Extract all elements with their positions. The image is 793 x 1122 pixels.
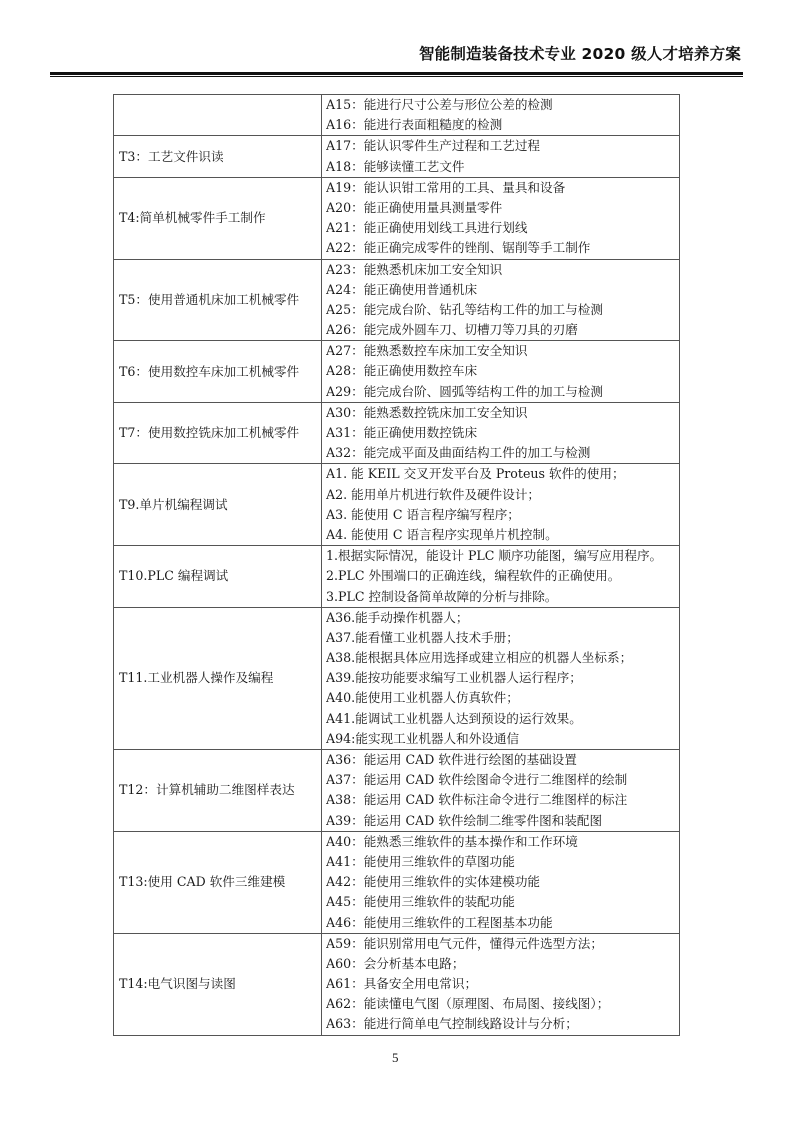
ability-item: A20：能正确使用量具测量零件	[326, 198, 679, 218]
ability-item: A41：能使用三维软件的草图功能	[326, 852, 679, 872]
table-row: T5：使用普通机床加工机械零件A23：能熟悉机床加工安全知识A24：能正确使用普…	[114, 259, 680, 341]
header-rule-thin	[50, 76, 743, 77]
ability-item: A36.能手动操作机器人；	[326, 608, 679, 628]
task-ability-table: A15：能进行尺寸公差与形位公差的检测A16：能进行表面粗糙度的检测T3：工艺文…	[113, 94, 680, 1036]
ability-item: A23：能熟悉机床加工安全知识	[326, 260, 679, 280]
abilities-cell: A19：能认识钳工常用的工具、量具和设备A20：能正确使用量具测量零件A21：能…	[322, 177, 680, 259]
ability-item: A3. 能使用 C 语言程序编写程序；	[326, 505, 679, 525]
table-row: T7：使用数控铣床加工机械零件A30：能熟悉数控铣床加工安全知识A31：能正确使…	[114, 402, 680, 464]
ability-item: A45：能使用三维软件的装配功能	[326, 892, 679, 912]
ability-item: A25：能完成台阶、钻孔等结构工件的加工与检测	[326, 300, 679, 320]
ability-item: A30：能熟悉数控铣床加工安全知识	[326, 403, 679, 423]
header-double-rule	[50, 72, 743, 78]
ability-item: A1. 能 KEIL 交叉开发平台及 Proteus 软件的使用；	[326, 464, 679, 484]
ability-item: A26：能完成外圆车刀、切槽刀等刀具的刃磨	[326, 320, 679, 340]
task-cell: T10.PLC 编程调试	[114, 546, 322, 608]
ability-item: A28：能正确使用数控车床	[326, 361, 679, 381]
abilities-cell: A40：能熟悉三维软件的基本操作和工作环境A41：能使用三维软件的草图功能A42…	[322, 831, 680, 933]
ability-item: A39.能按功能要求编写工业机器人运行程序；	[326, 668, 679, 688]
ability-item: A60：会分析基本电路；	[326, 954, 679, 974]
ability-item: A15：能进行尺寸公差与形位公差的检测	[326, 95, 679, 115]
ability-item: A2. 能用单片机进行软件及硬件设计；	[326, 485, 679, 505]
ability-item: A40：能熟悉三维软件的基本操作和工作环境	[326, 832, 679, 852]
ability-item: A61：具备安全用电常识；	[326, 974, 679, 994]
ability-item: 3.PLC 控制设备简单故障的分析与排除。	[326, 587, 679, 607]
header-rule-thick	[50, 72, 743, 75]
abilities-cell: A23：能熟悉机床加工安全知识A24：能正确使用普通机床A25：能完成台阶、钻孔…	[322, 259, 680, 341]
page-number: 5	[392, 1050, 399, 1066]
ability-item: A42：能使用三维软件的实体建模功能	[326, 872, 679, 892]
task-cell: T9.单片机编程调试	[114, 464, 322, 546]
task-cell	[114, 95, 322, 136]
abilities-cell: A27：能熟悉数控车床加工安全知识A28：能正确使用数控车床A29：能完成台阶、…	[322, 341, 680, 403]
task-cell: T14:电气识图与读图	[114, 933, 322, 1035]
ability-item: 1.根据实际情况，能设计 PLC 顺序功能图，编写应用程序。	[326, 546, 679, 566]
ability-item: A22：能正确完成零件的锉削、锯削等手工制作	[326, 238, 679, 258]
ability-item: A63：能进行简单电气控制线路设计与分析；	[326, 1014, 679, 1034]
table-row: T12：计算机辅助二维图样表达A36：能运用 CAD 软件进行绘图的基础设置A3…	[114, 750, 680, 832]
ability-item: A59：能识别常用电气元件，懂得元件选型方法；	[326, 934, 679, 954]
table-row: T11.工业机器人操作及编程A36.能手动操作机器人；A37.能看懂工业机器人技…	[114, 607, 680, 749]
ability-item: A29：能完成台阶、圆弧等结构工件的加工与检测	[326, 382, 679, 402]
task-cell: T3：工艺文件识读	[114, 136, 322, 177]
ability-item: A41.能调试工业机器人达到预设的运行效果。	[326, 709, 679, 729]
ability-item: A62：能读懂电气图（原理图、布局图、接线图）；	[326, 994, 679, 1014]
table-row: T4:简单机械零件手工制作A19：能认识钳工常用的工具、量具和设备A20：能正确…	[114, 177, 680, 259]
task-cell: T11.工业机器人操作及编程	[114, 607, 322, 749]
ability-item: A24：能正确使用普通机床	[326, 280, 679, 300]
ability-item: A17：能认识零件生产过程和工艺过程	[326, 136, 679, 156]
task-cell: T6：使用数控车床加工机械零件	[114, 341, 322, 403]
task-cell: T13:使用 CAD 软件三维建模	[114, 831, 322, 933]
table-row: T10.PLC 编程调试1.根据实际情况，能设计 PLC 顺序功能图，编写应用程…	[114, 546, 680, 608]
ability-item: A40.能使用工业机器人仿真软件；	[326, 688, 679, 708]
table-row: T13:使用 CAD 软件三维建模A40：能熟悉三维软件的基本操作和工作环境A4…	[114, 831, 680, 933]
ability-item: A39：能运用 CAD 软件绘制二维零件图和装配图	[326, 811, 679, 831]
ability-item: A27：能熟悉数控车床加工安全知识	[326, 341, 679, 361]
ability-item: 2.PLC 外围端口的正确连线，编程软件的正确使用。	[326, 566, 679, 586]
abilities-cell: 1.根据实际情况，能设计 PLC 顺序功能图，编写应用程序。2.PLC 外围端口…	[322, 546, 680, 608]
task-ability-table-body: A15：能进行尺寸公差与形位公差的检测A16：能进行表面粗糙度的检测T3：工艺文…	[114, 95, 680, 1036]
abilities-cell: A36：能运用 CAD 软件进行绘图的基础设置A37：能运用 CAD 软件绘图命…	[322, 750, 680, 832]
ability-item: A38.能根据具体应用选择或建立相应的机器人坐标系；	[326, 648, 679, 668]
ability-item: A37：能运用 CAD 软件绘图命令进行二维图样的绘制	[326, 770, 679, 790]
abilities-cell: A17：能认识零件生产过程和工艺过程A18：能够读懂工艺文件	[322, 136, 680, 177]
ability-item: A16：能进行表面粗糙度的检测	[326, 115, 679, 135]
ability-item: A94:能实现工业机器人和外设通信	[326, 729, 679, 749]
ability-item: A19：能认识钳工常用的工具、量具和设备	[326, 178, 679, 198]
table-row: A15：能进行尺寸公差与形位公差的检测A16：能进行表面粗糙度的检测	[114, 95, 680, 136]
ability-item: A4. 能使用 C 语言程序实现单片机控制。	[326, 525, 679, 545]
abilities-cell: A1. 能 KEIL 交叉开发平台及 Proteus 软件的使用；A2. 能用单…	[322, 464, 680, 546]
abilities-cell: A59：能识别常用电气元件，懂得元件选型方法；A60：会分析基本电路；A61：具…	[322, 933, 680, 1035]
document-header-title: 智能制造装备技术专业 2020 级人才培养方案	[419, 42, 741, 64]
ability-item: A31：能正确使用数控铣床	[326, 423, 679, 443]
ability-item: A37.能看懂工业机器人技术手册；	[326, 628, 679, 648]
table-row: T14:电气识图与读图A59：能识别常用电气元件，懂得元件选型方法；A60：会分…	[114, 933, 680, 1035]
ability-item: A36：能运用 CAD 软件进行绘图的基础设置	[326, 750, 679, 770]
ability-item: A32：能完成平面及曲面结构工件的加工与检测	[326, 443, 679, 463]
abilities-cell: A36.能手动操作机器人；A37.能看懂工业机器人技术手册；A38.能根据具体应…	[322, 607, 680, 749]
abilities-cell: A15：能进行尺寸公差与形位公差的检测A16：能进行表面粗糙度的检测	[322, 95, 680, 136]
table-row: T6：使用数控车床加工机械零件A27：能熟悉数控车床加工安全知识A28：能正确使…	[114, 341, 680, 403]
abilities-cell: A30：能熟悉数控铣床加工安全知识A31：能正确使用数控铣床A32：能完成平面及…	[322, 402, 680, 464]
ability-item: A21：能正确使用划线工具进行划线	[326, 218, 679, 238]
table-row: T9.单片机编程调试A1. 能 KEIL 交叉开发平台及 Proteus 软件的…	[114, 464, 680, 546]
table-row: T3：工艺文件识读A17：能认识零件生产过程和工艺过程A18：能够读懂工艺文件	[114, 136, 680, 177]
task-cell: T12：计算机辅助二维图样表达	[114, 750, 322, 832]
task-cell: T7：使用数控铣床加工机械零件	[114, 402, 322, 464]
task-cell: T5：使用普通机床加工机械零件	[114, 259, 322, 341]
ability-item: A46：能使用三维软件的工程图基本功能	[326, 913, 679, 933]
ability-item: A18：能够读懂工艺文件	[326, 157, 679, 177]
ability-item: A38：能运用 CAD 软件标注命令进行二维图样的标注	[326, 790, 679, 810]
task-cell: T4:简单机械零件手工制作	[114, 177, 322, 259]
